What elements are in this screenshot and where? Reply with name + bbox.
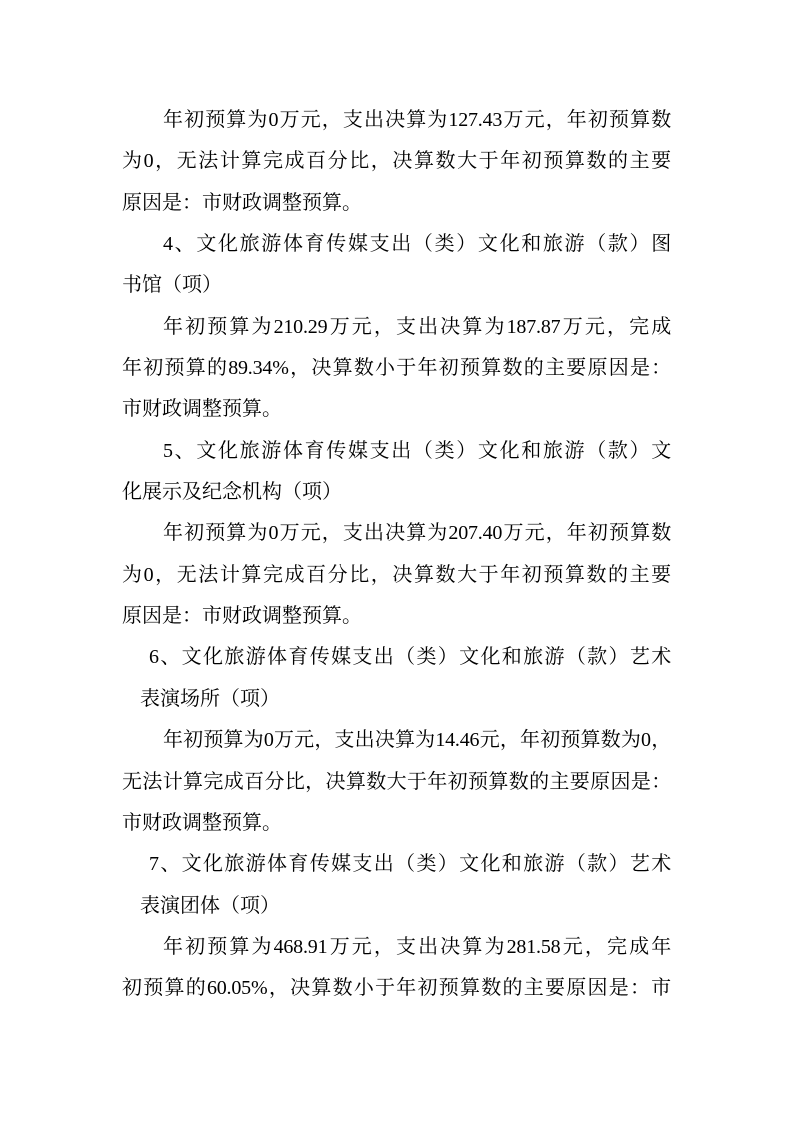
paragraph-line: 市财政调整预算。 [122, 803, 671, 844]
section-heading-line: 5、文化旅游体育传媒支出（类）文化和旅游（款）文 [122, 431, 671, 472]
paragraph-line: 年初预算的89.34%，决算数小于年初预算数的主要原因是： [122, 348, 671, 389]
paragraph-line: 无法计算完成百分比，决算数大于年初预算数的主要原因是： [122, 762, 671, 803]
paragraph-line: 年初预算为0万元，支出决算为207.40万元，年初预算数 [122, 513, 671, 554]
paragraph-line: 年初预算为0万元，支出决算为127.43万元，年初预算数 [122, 100, 671, 141]
section-heading-line: 7、文化旅游体育传媒支出（类）文化和旅游（款）艺术 [122, 844, 671, 885]
section-heading-line: 表演团体（项） [122, 886, 671, 927]
section-heading-line: 表演场所（项） [122, 679, 671, 720]
paragraph-line: 原因是：市财政调整预算。 [122, 183, 671, 224]
document-text-block: 年初预算为0万元，支出决算为127.43万元，年初预算数 为0，无法计算完成百分… [122, 100, 671, 1010]
paragraph-line: 年初预算为468.91万元，支出决算为281.58元，完成年 [122, 927, 671, 968]
paragraph-line: 市财政调整预算。 [122, 389, 671, 430]
section-heading-line: 化展示及纪念机构（项） [122, 472, 671, 513]
paragraph-line: 为0，无法计算完成百分比，决算数大于年初预算数的主要 [122, 141, 671, 182]
section-heading-line: 6、文化旅游体育传媒支出（类）文化和旅游（款）艺术 [122, 637, 671, 678]
paragraph-line: 年初预算为210.29万元，支出决算为187.87万元，完成 [122, 307, 671, 348]
paragraph-line: 为0，无法计算完成百分比，决算数大于年初预算数的主要 [122, 555, 671, 596]
document-page: 年初预算为0万元，支出决算为127.43万元，年初预算数 为0，无法计算完成百分… [0, 0, 793, 1122]
paragraph-line: 初预算的60.05%，决算数小于年初预算数的主要原因是：市 [122, 968, 671, 1009]
paragraph-line: 原因是：市财政调整预算。 [122, 596, 671, 637]
section-heading-line: 4、文化旅游体育传媒支出（类）文化和旅游（款）图 [122, 224, 671, 265]
section-heading-line: 书馆（项） [122, 265, 671, 306]
paragraph-line: 年初预算为0万元，支出决算为14.46元，年初预算数为0， [122, 720, 671, 761]
